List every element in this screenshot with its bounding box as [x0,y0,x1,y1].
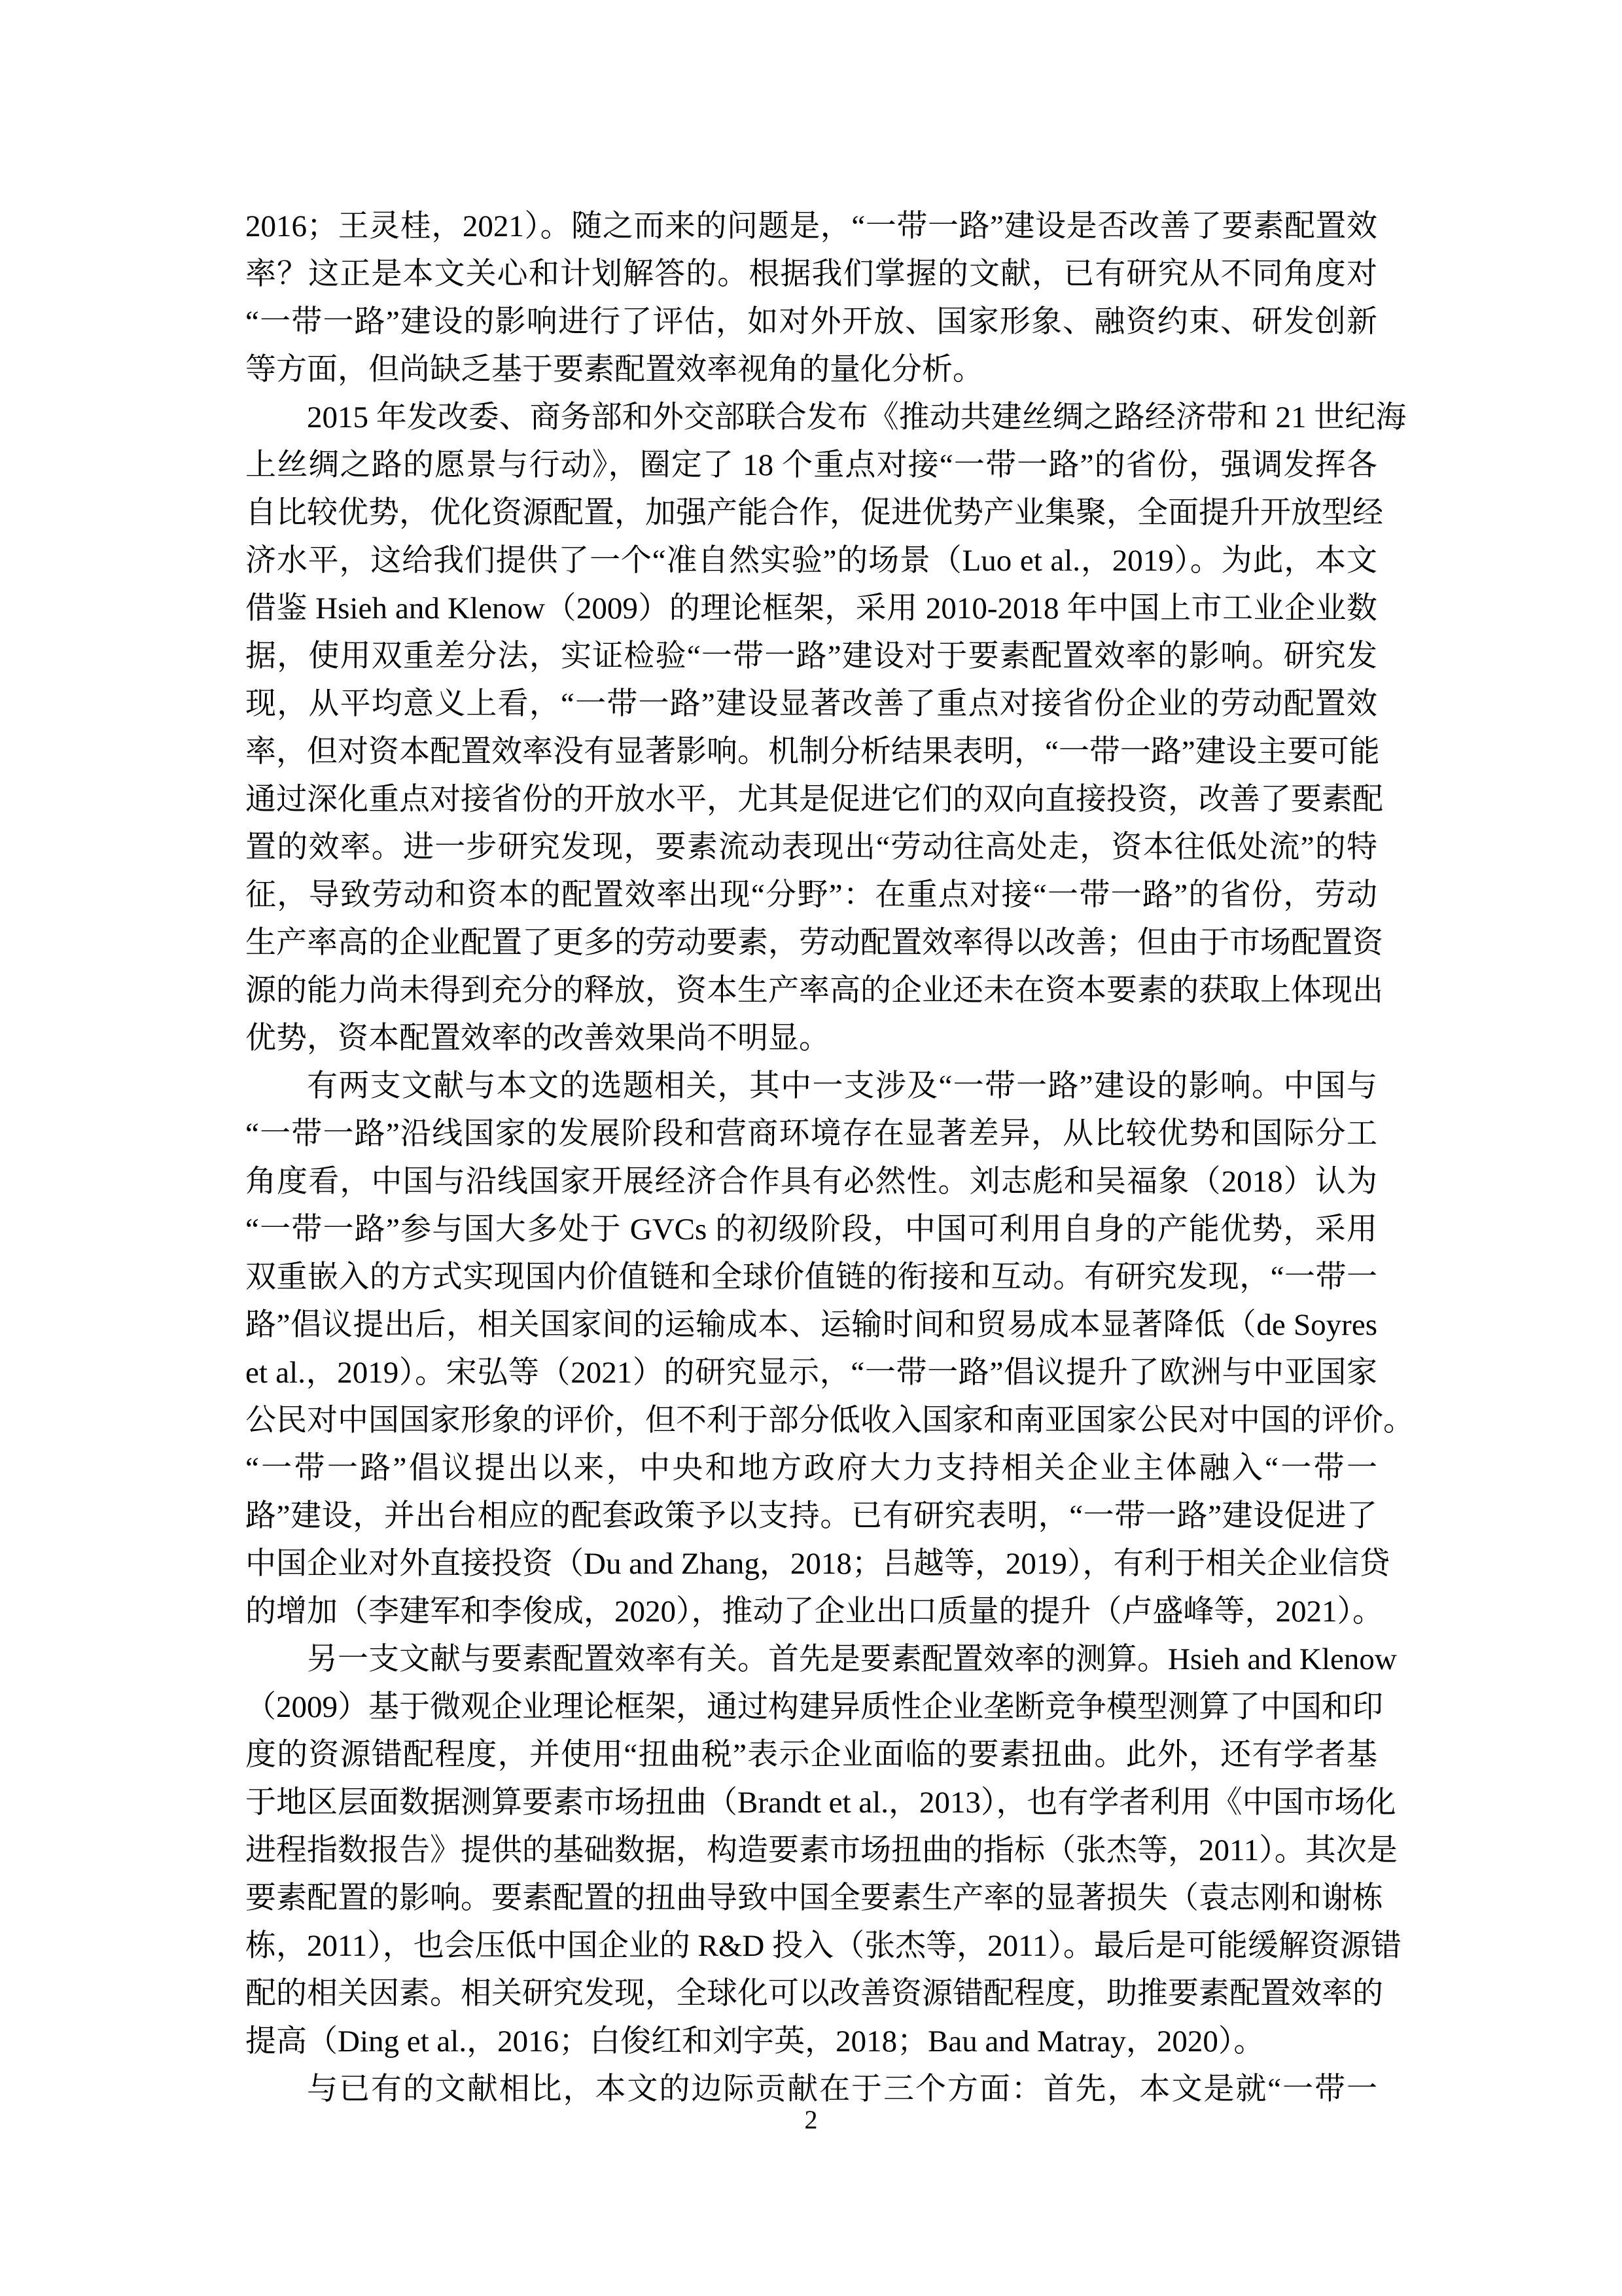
text-line: et al.，2019）。宋弘等（2021）的研究显示，“一带一路”倡议提升了欧… [245,1349,1377,1397]
text-line: 率？这正是本文关心和计划解答的。根据我们掌握的文献，已有研究从不同角度对 [245,251,1377,298]
text-line: 度的资源错配程度，并使用“扭曲税”表示企业面临的要素扭曲。此外，还有学者基 [245,1731,1377,1779]
paragraph-literature-allocation: 另一支文献与要素配置效率有关。首先是要素配置效率的测算。Hsieh and Kl… [245,1636,1377,2066]
text-line: 进程指数报告》提供的基础数据，构造要素市场扭曲的指标（张杰等，2011）。其次是 [245,1827,1377,1875]
document-body: 2016；王灵桂，2021）。随之而来的问题是，“一带一路”建设是否改善了要素配… [245,203,1377,2113]
text-line: 另一支文献与要素配置效率有关。首先是要素配置效率的测算。Hsieh and Kl… [245,1636,1377,1684]
text-line: 源的能力尚未得到充分的释放，资本生产率高的企业还未在资本要素的获取上体现出 [245,967,1377,1015]
text-line: 生产率高的企业配置了更多的劳动要素，劳动配置效率得以改善；但由于市场配置资 [245,919,1377,967]
text-line: “一带一路”倡议提出以来，中央和地方政府大力支持相关企业主体融入“一带一 [245,1445,1377,1492]
text-line: 等方面，但尚缺乏基于要素配置效率视角的量化分析。 [245,346,1377,394]
text-line: 路”倡议提出后，相关国家间的运输成本、运输时间和贸易成本显著降低（de Soyr… [245,1301,1377,1349]
text-line: 公民对中国国家形象的评价，但不利于部分低收入国家和南亚国家公民对中国的评价。 [245,1397,1377,1445]
text-line: 角度看，中国与沿线国家开展经济合作具有必然性。刘志彪和吴福象（2018）认为 [245,1158,1377,1206]
text-line: “一带一路”沿线国家的发展阶段和营商环境存在显著差异，从比较优势和国际分工 [245,1110,1377,1158]
text-line: 提高（Ding et al.，2016；白俊红和刘宇英，2018；Bau and… [245,2018,1377,2066]
text-line: 现，从平均意义上看，“一带一路”建设显著改善了重点对接省份企业的劳动配置效 [245,680,1377,728]
text-line: 自比较优势，优化资源配置，加强产能合作，促进优势产业集聚，全面提升开放型经 [245,489,1377,537]
text-line: 率，但对资本配置效率没有显著影响。机制分析结果表明，“一带一路”建设主要可能 [245,728,1377,776]
text-line: “一带一路”建设的影响进行了评估，如对外开放、国家形象、融资约束、研发创新 [245,298,1377,346]
text-line: “一带一路”参与国大多处于 GVCs 的初级阶段，中国可利用自身的产能优势，采用 [245,1206,1377,1254]
text-line: 双重嵌入的方式实现国内价值链和全球价值链的衔接和互动。有研究发现，“一带一 [245,1254,1377,1301]
text-line: 有两支文献与本文的选题相关，其中一支涉及“一带一路”建设的影响。中国与 [245,1063,1377,1110]
text-line: 配的相关因素。相关研究发现，全球化可以改善资源错配程度，助推要素配置效率的 [245,1970,1377,2018]
text-line: 上丝绸之路的愿景与行动》，圈定了 18 个重点对接“一带一路”的省份，强调发挥各 [245,442,1377,489]
text-line: 优势，资本配置效率的改善效果尚不明显。 [245,1015,1377,1063]
paragraph-literature-bri: 有两支文献与本文的选题相关，其中一支涉及“一带一路”建设的影响。中国与 “一带一… [245,1063,1377,1636]
text-line: （2009）基于微观企业理论框架，通过构建异质性企业垄断竞争模型测算了中国和印 [245,1684,1377,1731]
page-number: 2 [0,2102,1622,2138]
text-line: 要素配置的影响。要素配置的扭曲导致中国全要素生产率的显著损失（袁志刚和谢栋 [245,1875,1377,1922]
text-line: 置的效率。进一步研究发现，要素流动表现出“劳动往高处走，资本往低处流”的特 [245,824,1377,872]
text-line: 中国企业对外直接投资（Du and Zhang，2018；吕越等，2019），有… [245,1540,1377,1588]
text-line: 济水平，这给我们提供了一个“准自然实验”的场景（Luo et al.，2019）… [245,537,1377,585]
text-line: 2015 年发改委、商务部和外交部联合发布《推动共建丝绸之路经济带和 21 世纪… [245,394,1377,442]
text-line: 2016；王灵桂，2021）。随之而来的问题是，“一带一路”建设是否改善了要素配… [245,203,1377,251]
text-line: 路”建设，并出台相应的配套政策予以支持。已有研究表明，“一带一路”建设促进了 [245,1492,1377,1540]
text-line: 征，导致劳动和资本的配置效率出现“分野”：在重点对接“一带一路”的省份，劳动 [245,872,1377,919]
text-line: 借鉴 Hsieh and Klenow（2009）的理论框架，采用 2010-2… [245,585,1377,633]
text-line: 于地区层面数据测算要素市场扭曲（Brandt et al.，2013），也有学者… [245,1779,1377,1827]
paragraph-research-design: 2015 年发改委、商务部和外交部联合发布《推动共建丝绸之路经济带和 21 世纪… [245,394,1377,1063]
text-line: 的增加（李建军和李俊成，2020），推动了企业出口质量的提升（卢盛峰等，2021… [245,1588,1377,1636]
text-line: 通过深化重点对接省份的开放水平，尤其是促进它们的双向直接投资，改善了要素配 [245,776,1377,824]
text-line: 据，使用双重差分法，实证检验“一带一路”建设对于要素配置效率的影响。研究发 [245,633,1377,680]
paragraph-continuation: 2016；王灵桂，2021）。随之而来的问题是，“一带一路”建设是否改善了要素配… [245,203,1377,394]
text-line: 栋，2011），也会压低中国企业的 R&D 投入（张杰等，2011）。最后是可能… [245,1922,1377,1970]
